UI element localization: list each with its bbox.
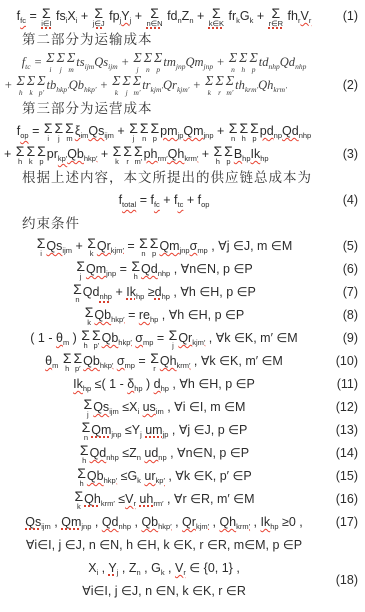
equation-block-1: ffc = Σi∈I fsiXi + Σj∈J fpjYj + Σn∈N fdn… bbox=[2, 5, 361, 28]
equation-number: (18) bbox=[326, 569, 361, 592]
equation-block-7: ΣnQdnhp + Ikhp ≥dhp , ∀h ∈H, p ∈P(7) bbox=[2, 281, 361, 304]
equation-block-12: ΣjQsijm ≤Xi usim , ∀i ∈I, m ∈M(12) bbox=[2, 396, 361, 419]
equation-number: (7) bbox=[326, 281, 361, 304]
equation-line: ( 1 - θm ) ΣhΣp′Qbhkp′ σmp = ΣjQrkjm′ , … bbox=[2, 327, 326, 350]
equation-block-14: ΣhQdnhp ≤Zn udnp , ∀n∈N, p ∈P(14) bbox=[2, 442, 361, 465]
equation-number: (4) bbox=[326, 189, 361, 212]
equation-line: ftotal = ffc + ftc + fop bbox=[2, 189, 326, 212]
equation-lines: ΣnQdnhp + Ikhp ≥dhp , ∀h ∈H, p ∈P bbox=[2, 281, 326, 304]
equation-number: (9) bbox=[326, 327, 361, 350]
equation-block-17: Qsijm , Qmjnp , Qdnhp , Qbhkp′ , Qrkjm′ … bbox=[2, 511, 361, 557]
equation-line: + ΣhΣkΣpprkp′Qbhkp′ + ΣkΣrΣm′phrm′Qhkrm′… bbox=[2, 143, 326, 166]
equation-block-2: ftc = ΣiΣjΣmtsijmQsijm + ΣjΣnΣptmjnpQmjn… bbox=[2, 51, 361, 97]
equation-number: (5) bbox=[326, 235, 361, 258]
equation-line: Qsijm , Qmjnp , Qdnhp , Qbhkp′ , Qrkjm′ … bbox=[2, 511, 326, 534]
document-page: ffc = Σi∈I fsiXi + Σj∈J fpjYj + Σn∈N fdn… bbox=[0, 0, 365, 603]
equation-block-16: ΣkQhkrm′ ≤Vr uhrm′ , ∀r ∈R, m′ ∈M(16) bbox=[2, 488, 361, 511]
equation-lines: ffc = Σi∈I fsiXi + Σj∈J fpjYj + Σn∈N fdn… bbox=[2, 5, 326, 28]
paragraph-constraints: 约束条件 bbox=[2, 212, 361, 235]
equation-line: + ΣhΣkΣp′tbhkp′Qbhkp′ + ΣkΣjΣm′trkjm′Qrk… bbox=[2, 74, 326, 97]
paragraph-part2: 第二部分为运输成本 bbox=[2, 28, 361, 51]
equation-line: ftc = ΣiΣjΣmtsijmQsijm + ΣjΣnΣptmjnpQmjn… bbox=[2, 51, 326, 74]
equation-lines: ftc = ΣiΣjΣmtsijmQsijm + ΣjΣnΣptmjnpQmjn… bbox=[2, 51, 326, 97]
equation-lines: Qsijm , Qmjnp , Qdnhp , Qbhkp′ , Qrkjm′ … bbox=[2, 511, 326, 557]
equation-lines: ΣhQbhkp′ ≤Gk urkp′ , ∀k ∈K, p′ ∈P bbox=[2, 465, 326, 488]
equation-lines: ΣnQmjnp ≤Yj umjp , ∀j ∈J, p ∈P bbox=[2, 419, 326, 442]
equation-block-8: ΣkQbhkp′ = rehp , ∀h ∈H, p ∈P(8) bbox=[2, 304, 361, 327]
equation-block-9: ( 1 - θm ) ΣhΣp′Qbhkp′ σmp = ΣjQrkjm′ , … bbox=[2, 327, 361, 350]
equation-lines: fop = ΣiΣjΣmξimQsijm + ΣjΣnΣppmjpQmjnp +… bbox=[2, 120, 326, 166]
equation-lines: ΣjQsijm ≤Xi usim , ∀i ∈I, m ∈M bbox=[2, 396, 326, 419]
equation-number: (16) bbox=[326, 488, 361, 511]
equation-block-15: ΣhQbhkp′ ≤Gk urkp′ , ∀k ∈K, p′ ∈P(15) bbox=[2, 465, 361, 488]
equation-line: ΣnQmjnp ≤Yj umjp , ∀j ∈J, p ∈P bbox=[2, 419, 326, 442]
equation-line: ΣjQmjnp = ΣhQdnhp , ∀n∈N, p ∈P bbox=[2, 258, 326, 281]
equation-line: fop = ΣiΣjΣmξimQsijm + ΣjΣnΣppmjpQmjnp +… bbox=[2, 120, 326, 143]
paragraph-total-intro: 根据上述内容，本文所提出的供应链总成本为 bbox=[2, 166, 361, 189]
equation-block-4: ftotal = ffc + ftc + fop(4) bbox=[2, 189, 361, 212]
equation-number: (14) bbox=[326, 442, 361, 465]
equation-block-5: ΣiQsijm + ΣkQrkjm′ = ΣnΣpQmjnpσmp , ∀j ∈… bbox=[2, 235, 361, 258]
equation-number: (2) bbox=[326, 74, 361, 97]
equation-number: (1) bbox=[326, 5, 361, 28]
equation-line: ΣnQdnhp + Ikhp ≥dhp , ∀h ∈H, p ∈P bbox=[2, 281, 326, 304]
equation-number: (3) bbox=[326, 143, 361, 166]
equation-line: ∀i∈I, j ∈J, n ∈N, h ∈H, k ∈K, r ∈R, m∈M,… bbox=[2, 534, 326, 557]
equation-block-6: ΣjQmjnp = ΣhQdnhp , ∀n∈N, p ∈P(6) bbox=[2, 258, 361, 281]
equation-line: ΣhQdnhp ≤Zn udnp , ∀n∈N, p ∈P bbox=[2, 442, 326, 465]
equation-line: ΣiQsijm + ΣkQrkjm′ = ΣnΣpQmjnpσmp , ∀j ∈… bbox=[2, 235, 326, 258]
paragraph-part3: 第三部分为运营成本 bbox=[2, 97, 361, 120]
equation-lines: θm ΣhΣp′Qbhkp′ σmp = ΣrQhkrm′ , ∀k ∈K, m… bbox=[2, 350, 326, 373]
equation-number: (15) bbox=[326, 465, 361, 488]
equation-line: ffc = Σi∈I fsiXi + Σj∈J fpjYj + Σn∈N fdn… bbox=[2, 5, 326, 28]
equation-number: (17) bbox=[326, 511, 361, 534]
equation-lines: ( 1 - θm ) ΣhΣp′Qbhkp′ σmp = ΣjQrkjm′ , … bbox=[2, 327, 326, 350]
equation-line: ∀i∈I, j ∈J, n ∈N, k ∈K, r ∈R bbox=[2, 580, 326, 603]
equation-number: (12) bbox=[326, 396, 361, 419]
equation-block-13: ΣnQmjnp ≤Yj umjp , ∀j ∈J, p ∈P(13) bbox=[2, 419, 361, 442]
equation-number: (11) bbox=[326, 373, 361, 396]
equation-number: (10) bbox=[326, 350, 361, 373]
equation-lines: ΣjQmjnp = ΣhQdnhp , ∀n∈N, p ∈P bbox=[2, 258, 326, 281]
equation-lines: ΣkQbhkp′ = rehp , ∀h ∈H, p ∈P bbox=[2, 304, 326, 327]
equation-block-10: θm ΣhΣp′Qbhkp′ σmp = ΣrQhkrm′ , ∀k ∈K, m… bbox=[2, 350, 361, 373]
equation-lines: ΣkQhkrm′ ≤Vr uhrm′ , ∀r ∈R, m′ ∈M bbox=[2, 488, 326, 511]
equation-line: Xi , Yj , Zn , Gk , Vr ∈ {0, 1} , bbox=[2, 557, 326, 580]
equation-block-18: Xi , Yj , Zn , Gk , Vr ∈ {0, 1} ,∀i∈I, j… bbox=[2, 557, 361, 603]
equation-block-3: fop = ΣiΣjΣmξimQsijm + ΣjΣnΣppmjpQmjnp +… bbox=[2, 120, 361, 166]
equation-lines: Ikhp ≤( 1 - δhp ) dhp , ∀h ∈H, p ∈P bbox=[2, 373, 326, 396]
equation-lines: ftotal = ffc + ftc + fop bbox=[2, 189, 326, 212]
equation-line: ΣjQsijm ≤Xi usim , ∀i ∈I, m ∈M bbox=[2, 396, 326, 419]
equation-line: θm ΣhΣp′Qbhkp′ σmp = ΣrQhkrm′ , ∀k ∈K, m… bbox=[2, 350, 326, 373]
equation-lines: ΣhQdnhp ≤Zn udnp , ∀n∈N, p ∈P bbox=[2, 442, 326, 465]
equation-block-11: Ikhp ≤( 1 - δhp ) dhp , ∀h ∈H, p ∈P(11) bbox=[2, 373, 361, 396]
equation-line: ΣkQbhkp′ = rehp , ∀h ∈H, p ∈P bbox=[2, 304, 326, 327]
equation-lines: Xi , Yj , Zn , Gk , Vr ∈ {0, 1} ,∀i∈I, j… bbox=[2, 557, 326, 603]
equation-line: ΣkQhkrm′ ≤Vr uhrm′ , ∀r ∈R, m′ ∈M bbox=[2, 488, 326, 511]
equation-number: (13) bbox=[326, 419, 361, 442]
equation-line: Ikhp ≤( 1 - δhp ) dhp , ∀h ∈H, p ∈P bbox=[2, 373, 326, 396]
equation-line: ΣhQbhkp′ ≤Gk urkp′ , ∀k ∈K, p′ ∈P bbox=[2, 465, 326, 488]
equation-lines: ΣiQsijm + ΣkQrkjm′ = ΣnΣpQmjnpσmp , ∀j ∈… bbox=[2, 235, 326, 258]
equation-number: (8) bbox=[326, 304, 361, 327]
equation-number: (6) bbox=[326, 258, 361, 281]
